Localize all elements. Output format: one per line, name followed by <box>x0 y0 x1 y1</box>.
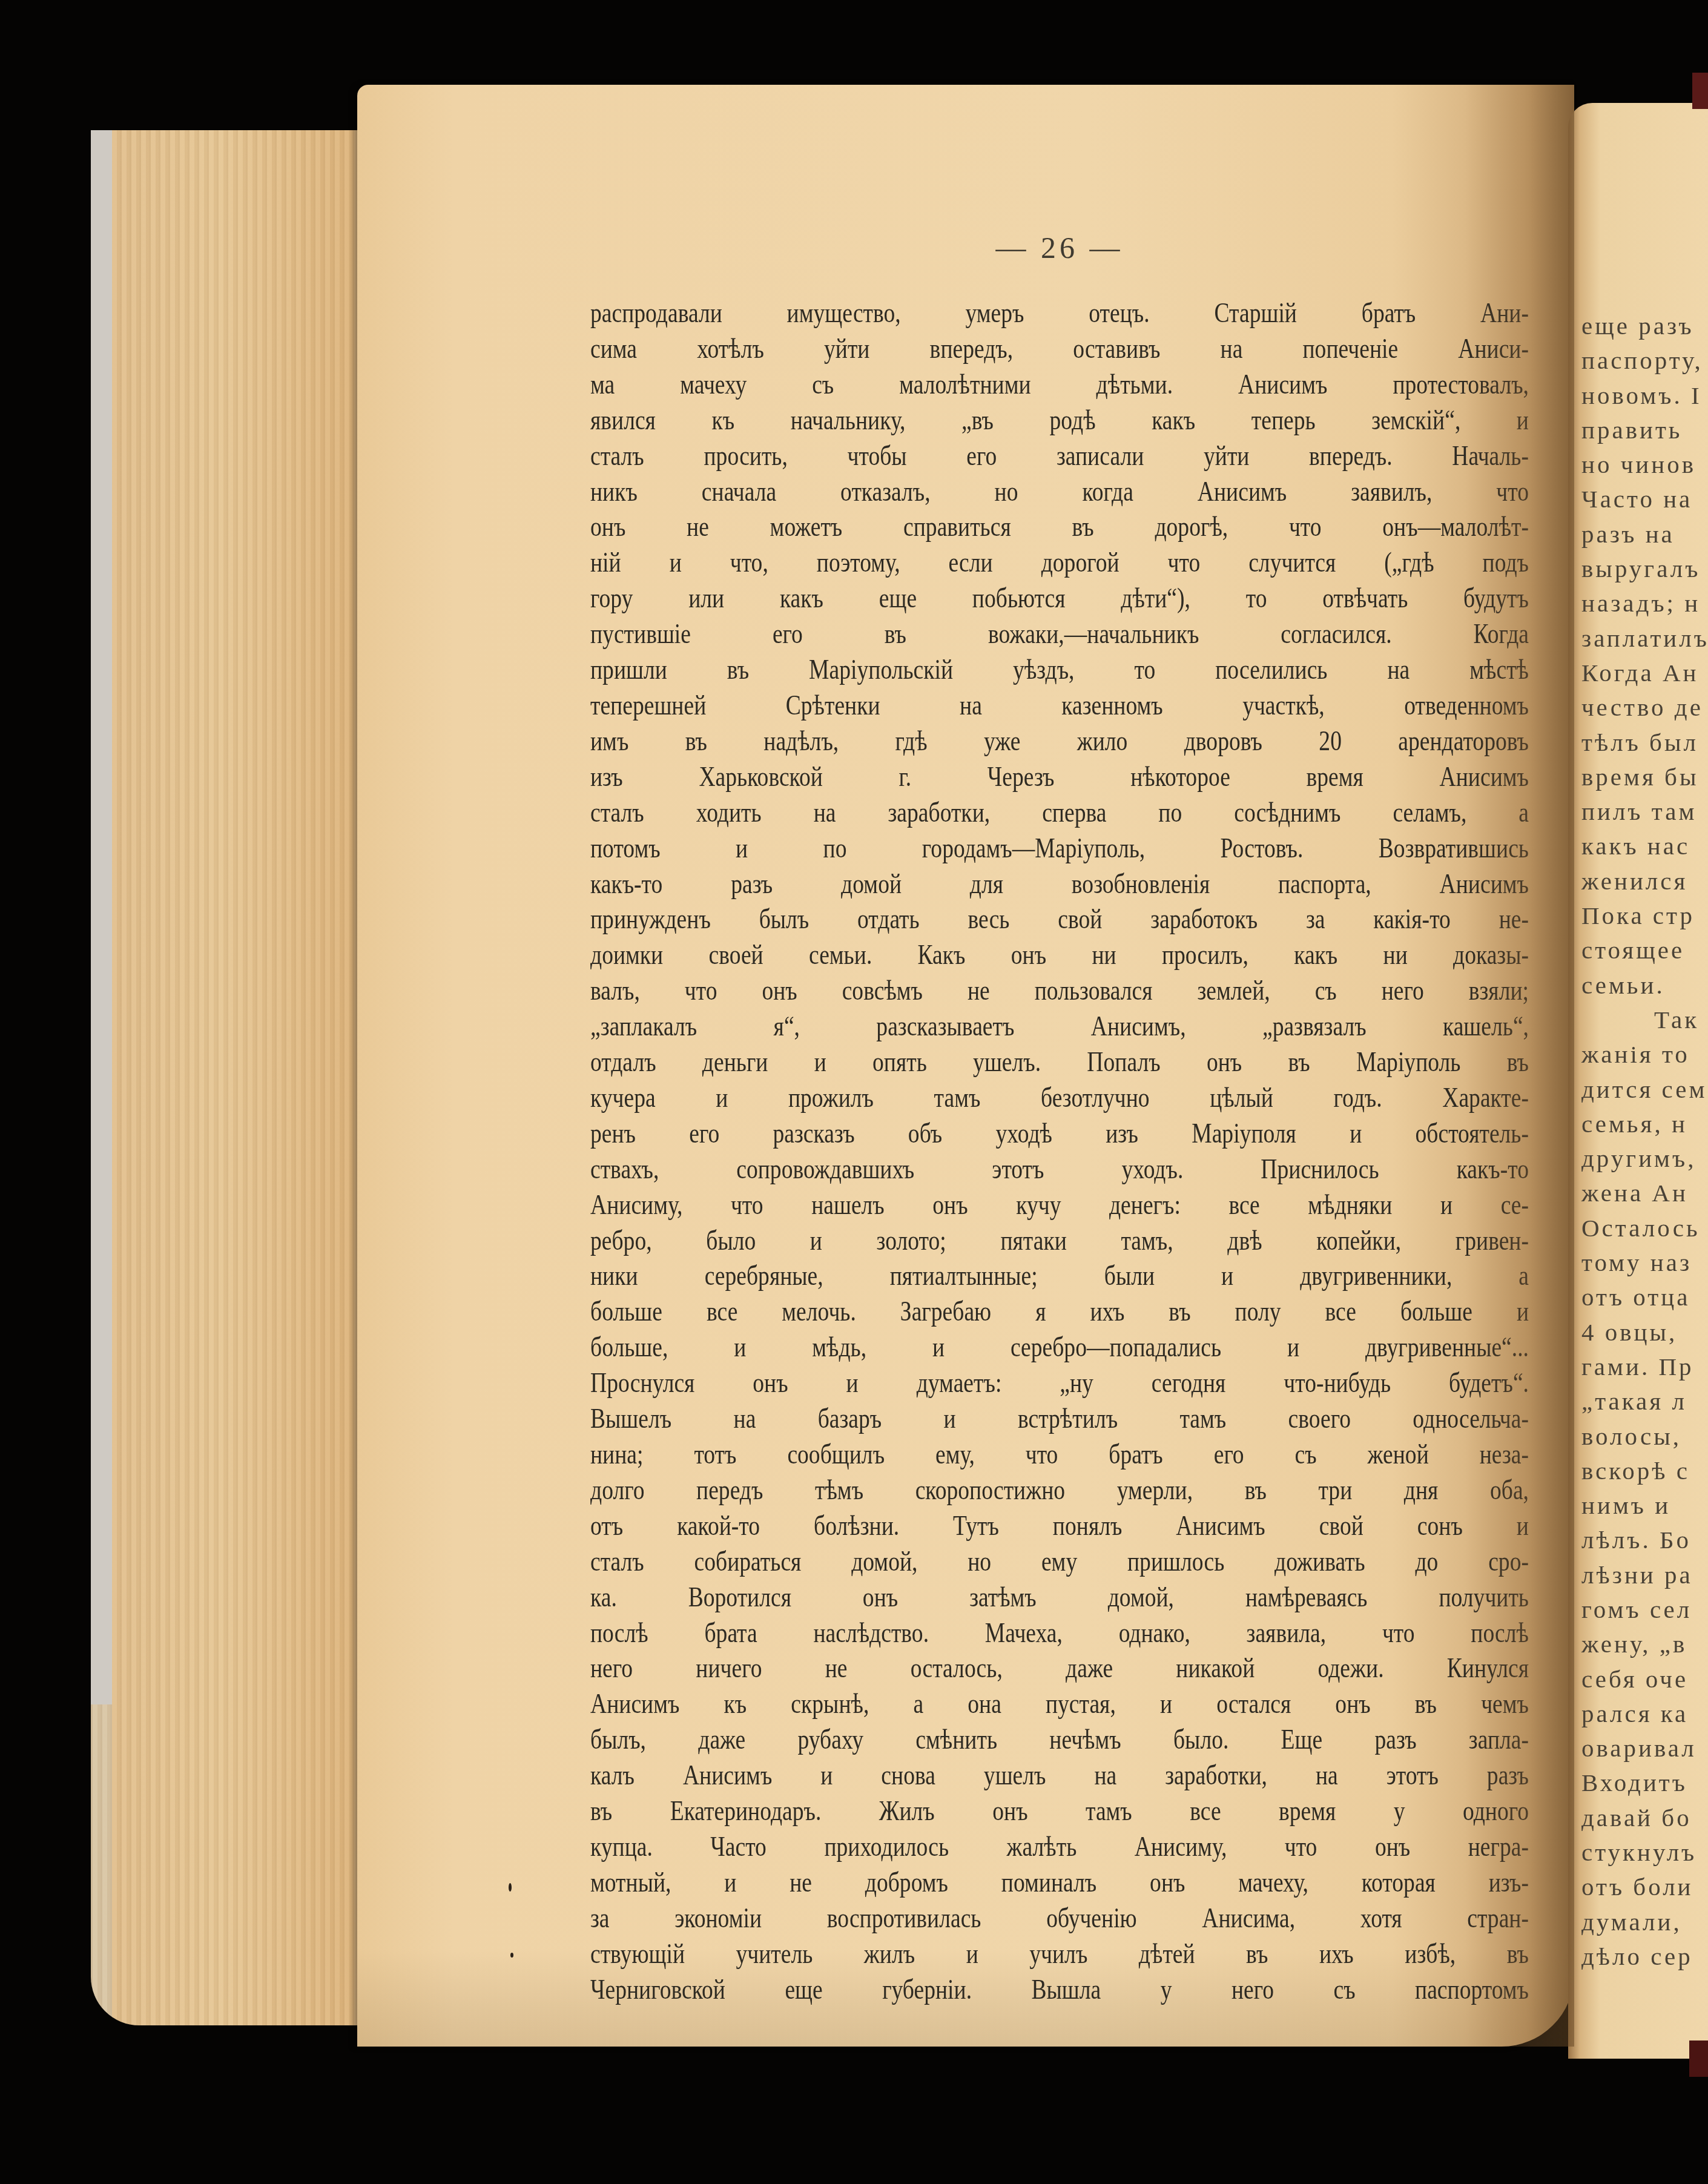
text-line: больше, и мѣдь, и серебро—попадались и д… <box>590 1330 1529 1365</box>
text-line: отдалъ деньги и опять ушелъ. Попалъ онъ … <box>590 1044 1529 1080</box>
text-line-fragment: отъ отца <box>1581 1280 1708 1315</box>
text-line: Черниговской еще губерніи. Вышла у него … <box>590 1972 1529 2008</box>
text-line-fragment: думали, <box>1581 1905 1708 1939</box>
text-line: ребро, было и золото; пятаки тамъ, двѣ к… <box>590 1223 1529 1259</box>
text-line: распродавали имущество, умеръ отецъ. Ста… <box>590 295 1529 331</box>
text-line-fragment: стукнулъ <box>1581 1835 1708 1870</box>
text-line-fragment: давай бо <box>1581 1801 1708 1835</box>
text-line: имъ въ надѣлъ, гдѣ уже жило дворовъ 20 а… <box>590 724 1529 759</box>
text-line-fragment: Так <box>1581 1003 1708 1037</box>
text-line: валъ, что онъ совсѣмъ не пользовался зем… <box>590 973 1529 1009</box>
text-line-fragment: женился <box>1581 864 1708 899</box>
text-line-fragment: волосы, <box>1581 1419 1708 1454</box>
page-number: — 26 — <box>945 230 1175 265</box>
text-line: гору или какъ еще побьются дѣти“), то от… <box>590 581 1529 616</box>
text-line: больше все мелочь. Загребаю я ихъ въ пол… <box>590 1294 1529 1330</box>
text-line-fragment: заплатилъ <box>1581 621 1708 656</box>
text-line-fragment: Когда Ан <box>1581 656 1708 690</box>
text-line: изъ Харьковской г. Черезъ нѣкоторое врем… <box>590 759 1529 795</box>
text-line: ствующій учитель жилъ и училъ дѣтей въ и… <box>590 1936 1529 1972</box>
text-line-fragment: жену, „в <box>1581 1627 1708 1661</box>
text-line: калъ Анисимъ и снова ушелъ на заработки,… <box>590 1758 1529 1793</box>
text-line-fragment: себя оче <box>1581 1662 1708 1697</box>
text-line-fragment: разъ на <box>1581 517 1708 552</box>
text-line-fragment: тому наз <box>1581 1245 1708 1280</box>
text-line-fragment: стоящее <box>1581 933 1708 968</box>
text-line-fragment: Осталось <box>1581 1211 1708 1245</box>
text-line-fragment: паспорту, <box>1581 343 1708 378</box>
text-line-fragment: другимъ, <box>1581 1141 1708 1176</box>
text-line-fragment: чество де <box>1581 690 1708 725</box>
text-line: доимки своей семьи. Какъ онъ ни просилъ,… <box>590 937 1529 973</box>
text-line: ренъ его разсказъ объ уходѣ изъ Маріупол… <box>590 1116 1529 1152</box>
text-line-fragment: 4 овцы, <box>1581 1315 1708 1350</box>
paper-speck <box>509 1883 512 1892</box>
text-line: Анисимъ къ скрынѣ, а она пустая, и остал… <box>590 1686 1529 1722</box>
text-line-fragment: рался ка <box>1581 1697 1708 1731</box>
text-line-fragment: нимъ и <box>1581 1488 1708 1523</box>
text-line: пустившіе его въ вожаки,—начальникъ согл… <box>590 616 1529 652</box>
text-line-fragment: тѣлъ был <box>1581 725 1708 760</box>
text-line: пришли въ Маріупольскій уѣздъ, то посели… <box>590 652 1529 688</box>
text-line: мотный, и не добромъ поминалъ онъ мачеху… <box>590 1865 1529 1901</box>
text-line-fragment: лѣзни ра <box>1581 1558 1708 1592</box>
text-line: долго передъ тѣмъ скоропостижно умерли, … <box>590 1473 1529 1508</box>
text-line-fragment: вскорѣ с <box>1581 1454 1708 1488</box>
text-line-fragment: дится сем <box>1581 1072 1708 1107</box>
text-line: сталъ ходить на заработки, сперва по сос… <box>590 795 1529 831</box>
text-line: послѣ брата наслѣдство. Мачеха, однако, … <box>590 1615 1529 1651</box>
text-line: него ничего не осталось, даже никакой од… <box>590 1651 1529 1686</box>
text-line: теперешней Срѣтенки на казенномъ участкѣ… <box>590 688 1529 724</box>
text-line-fragment: семьи. <box>1581 968 1708 1003</box>
text-line: за экономіи воспротивилась обученію Анис… <box>590 1901 1529 1936</box>
text-line-fragment: дѣло сер <box>1581 1939 1708 1974</box>
text-line: сима хотѣлъ уйти впередъ, оставивъ на по… <box>590 331 1529 367</box>
text-line: Вышелъ на базаръ и встрѣтилъ тамъ своего… <box>590 1401 1529 1437</box>
right-page-text-column: еще разъпаспорту,новомъ. Iправитьно чино… <box>1581 309 1708 1974</box>
text-line: Проснулся онъ и думаетъ: „ну сегодня что… <box>590 1365 1529 1401</box>
text-line: явился къ начальнику, „въ родѣ какъ тепе… <box>590 403 1529 438</box>
text-line: принужденъ былъ отдать весь свой заработ… <box>590 902 1529 937</box>
text-line-fragment: время бы <box>1581 760 1708 794</box>
text-line-fragment: выругалъ <box>1581 552 1708 586</box>
text-line: какъ-то разъ домой для возобновленія пас… <box>590 866 1529 902</box>
paper-speck <box>510 1953 513 1958</box>
text-line-fragment: какъ нас <box>1581 829 1708 863</box>
cover-binding-bottom <box>1689 2040 1708 2077</box>
text-line: „заплакалъ я“, разсказываетъ Анисимъ, „р… <box>590 1009 1529 1044</box>
text-line: никъ сначала отказалъ, но когда Анисимъ … <box>590 474 1529 510</box>
text-line: ній и что, поэтому, если дорогой что слу… <box>590 545 1529 581</box>
text-line-fragment: Входитъ <box>1581 1766 1708 1800</box>
text-line: Анисиму, что нашелъ онъ кучу денегъ: все… <box>590 1187 1529 1223</box>
text-line-fragment: новомъ. I <box>1581 378 1708 413</box>
text-line: былъ, даже рубаху смѣнить нечѣмъ было. Е… <box>590 1722 1529 1758</box>
text-line: сталъ просить, чтобы его записали уйти в… <box>590 438 1529 474</box>
text-line-fragment: но чинов <box>1581 447 1708 482</box>
page-stack-fore-edge <box>91 130 375 2025</box>
text-line-fragment: лѣлъ. Бо <box>1581 1523 1708 1557</box>
text-line: потомъ и по городамъ—Маріуполь, Ростовъ.… <box>590 831 1529 866</box>
text-line: сталъ собираться домой, но ему пришлось … <box>590 1544 1529 1580</box>
text-line: въ Екатеринодаръ. Жилъ онъ тамъ все врем… <box>590 1793 1529 1829</box>
text-line-fragment: „такая л <box>1581 1384 1708 1419</box>
text-line-fragment: жанія то <box>1581 1037 1708 1072</box>
text-line-fragment: еще разъ <box>1581 309 1708 343</box>
text-line-fragment: править <box>1581 413 1708 447</box>
text-line: отъ какой-то болѣзни. Тутъ понялъ Анисим… <box>590 1508 1529 1544</box>
left-page-text-block: распродавали имущество, умеръ отецъ. Ста… <box>590 295 1529 2008</box>
text-line: купца. Часто приходилось жалѣть Анисиму,… <box>590 1829 1529 1865</box>
text-line: ма мачеху съ малолѣтними дѣтьми. Анисимъ… <box>590 367 1529 403</box>
text-line-fragment: оваривал <box>1581 1731 1708 1766</box>
text-line-fragment: Пока стр <box>1581 899 1708 933</box>
text-line-fragment: назадъ; н <box>1581 586 1708 621</box>
text-line-fragment: семья, н <box>1581 1107 1708 1141</box>
text-line-fragment: гами. Пр <box>1581 1350 1708 1384</box>
text-line: ники серебряные, пятиалтынные; были и дв… <box>590 1258 1529 1294</box>
text-line-fragment: гомъ сел <box>1581 1592 1708 1627</box>
text-line: нина; тотъ сообщилъ ему, что братъ его с… <box>590 1437 1529 1473</box>
cover-binding-top <box>1692 73 1708 109</box>
right-page: еще разъпаспорту,новомъ. Iправитьно чино… <box>1568 103 1708 2059</box>
text-line-fragment: отъ боли <box>1581 1870 1708 1904</box>
text-line: ка. Воротился онъ затѣмъ домой, намѣрева… <box>590 1580 1529 1615</box>
text-line-fragment: пилъ там <box>1581 794 1708 829</box>
text-line-fragment: жена Ан <box>1581 1176 1708 1210</box>
text-line: онъ не можетъ справиться въ дорогѣ, что … <box>590 509 1529 545</box>
text-line: кучера и прожилъ тамъ безотлучно цѣлый г… <box>590 1080 1529 1116</box>
text-line-fragment: Часто на <box>1581 482 1708 516</box>
text-line: ствахъ, сопровождавшихъ этотъ уходъ. При… <box>590 1152 1529 1187</box>
book-cover-edge <box>91 130 112 1704</box>
